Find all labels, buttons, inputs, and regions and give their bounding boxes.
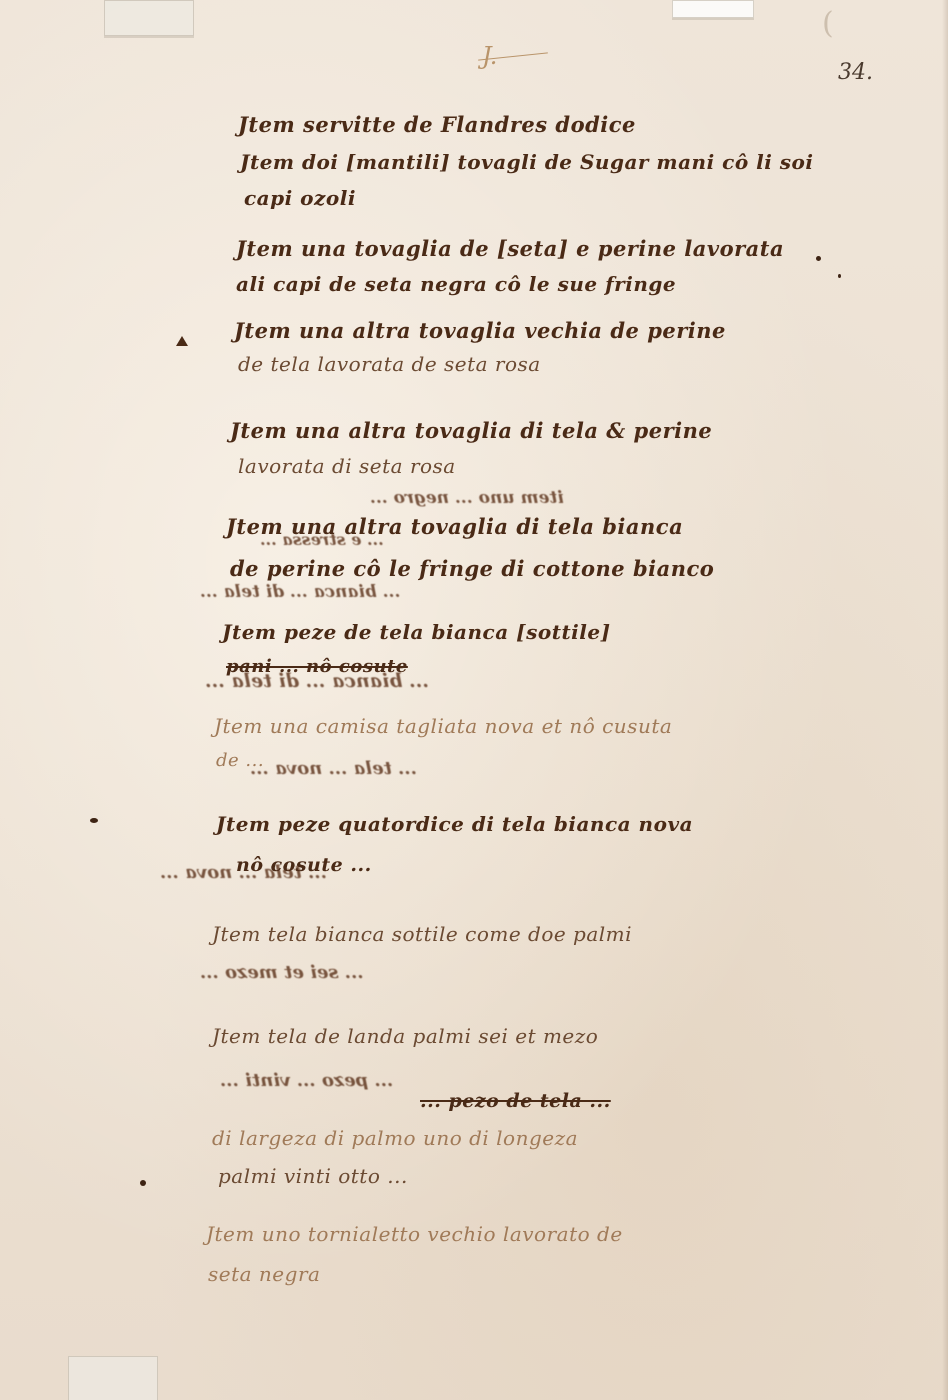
ink-spot xyxy=(838,274,841,278)
manuscript-line: Jtem servitte de Flandres dodice xyxy=(238,112,636,137)
manuscript-line: Jtem una tovaglia de [seta] e perine lav… xyxy=(236,236,784,261)
mounting-tape-bottom-left xyxy=(68,1356,158,1400)
manuscript-line: ali capi de seta negra cô le sue fringe xyxy=(236,272,676,296)
bleed-through-text: ... pezo ... vinti ... xyxy=(220,1070,393,1091)
manuscript-line: de perine cô le fringe di cottone bianco xyxy=(230,556,714,581)
manuscript-line-struck: pani ... nô cosute xyxy=(226,656,408,677)
mounting-tape-top-left xyxy=(104,0,194,36)
manuscript-line: Jtem peze de tela bianca [sottile] xyxy=(222,620,611,644)
mounting-tape-top-right xyxy=(672,0,754,18)
bleed-through-text: item uno ... negro ... xyxy=(370,488,564,508)
ink-spot xyxy=(90,818,98,823)
margin-mark xyxy=(176,336,188,346)
manuscript-line-struck: ... pezo de tela ... xyxy=(420,1090,611,1112)
manuscript-line: Jtem una altra tovaglia vechia de perine xyxy=(234,318,726,343)
bleed-through-text: ... tela ... nova ... xyxy=(250,758,417,779)
folio-number: 34. xyxy=(838,60,873,85)
corner-mark: ( xyxy=(822,6,834,41)
manuscript-line: Jtem uno tornialetto vechio lavorato de xyxy=(206,1222,623,1246)
page-edge-shadow xyxy=(942,0,948,1400)
bleed-through-text: ... bianca ... di tela ... xyxy=(200,582,400,602)
manuscript-line: lavorata di seta rosa xyxy=(238,454,456,478)
manuscript-line: palmi vinti otto ... xyxy=(218,1164,408,1188)
manuscript-page: ( J. 34. item uno ... negro ... ... e st… xyxy=(0,0,948,1400)
ink-spot xyxy=(140,1180,146,1186)
manuscript-line: Jtem una altra tovaglia di tela & perine xyxy=(230,418,712,443)
ink-spot xyxy=(816,256,821,261)
manuscript-line: seta negra xyxy=(208,1262,320,1286)
manuscript-line: nô cosute ... xyxy=(236,854,372,876)
manuscript-line: de tela lavorata de seta rosa xyxy=(238,352,541,376)
manuscript-line: Jtem una camisa tagliata nova et nô cusu… xyxy=(214,714,672,738)
manuscript-line: Jtem tela de landa palmi sei et mezo xyxy=(212,1024,598,1048)
manuscript-line: de ... xyxy=(216,750,264,771)
header-mark: J. xyxy=(482,42,497,70)
manuscript-line: di largeza di palmo uno di longeza xyxy=(212,1126,578,1150)
manuscript-line: capi ozoli xyxy=(244,186,356,210)
manuscript-line: Jtem tela bianca sottile come doe palmi xyxy=(212,922,632,946)
manuscript-line: Jtem peze quatordice di tela bianca nova xyxy=(216,812,693,836)
manuscript-line: Jtem una altra tovaglia di tela bianca xyxy=(226,514,683,539)
manuscript-line: Jtem doi [mantili] tovagli de Sugar mani… xyxy=(240,150,813,174)
bleed-through-text: ... sei et mezo ... xyxy=(200,962,364,983)
